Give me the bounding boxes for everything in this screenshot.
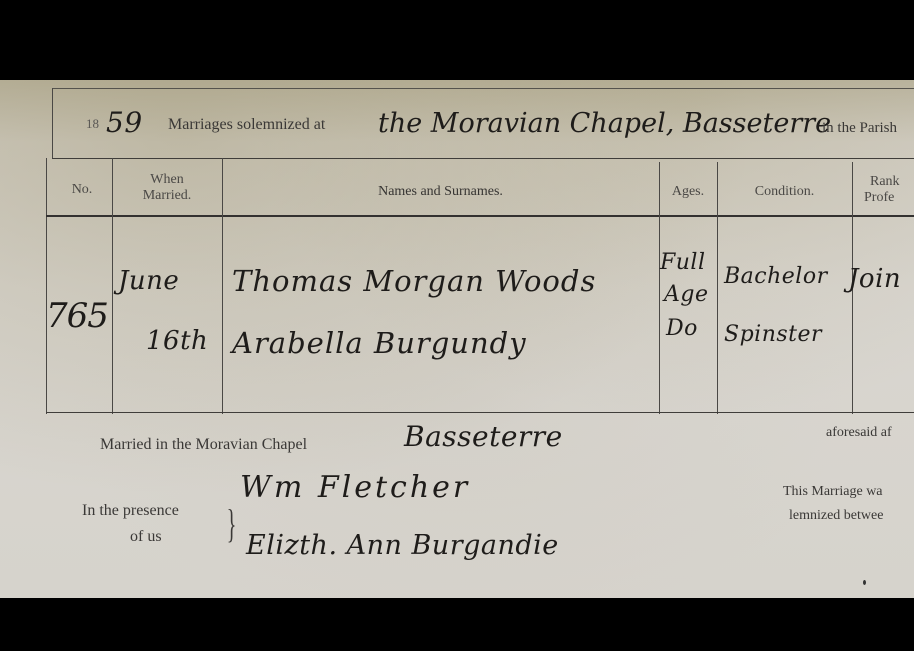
groom-age-1: Full	[660, 250, 706, 275]
col-header-condition: Condition.	[717, 184, 852, 200]
groom-condition: Bachelor	[724, 264, 828, 289]
heading-text: Marriages solemnized at	[168, 116, 325, 134]
groom-rank: Join	[848, 264, 901, 294]
solemnized-text-2: lemnized betwee	[789, 508, 883, 524]
entry-number: 765	[46, 296, 108, 336]
groom-name: Thomas Morgan Woods	[232, 264, 596, 298]
presence-label-1: In the presence	[82, 502, 179, 520]
entry-month: June	[118, 266, 179, 296]
col-header-rank-2: Profe	[864, 190, 894, 206]
col-header-rank-1: Rank	[870, 174, 900, 190]
top-frame-line	[52, 88, 914, 89]
register-page: 18 59 Marriages solemnized at the Moravi…	[0, 80, 914, 598]
groom-age-2: Age	[664, 282, 709, 307]
col-header-ages: Ages.	[659, 184, 717, 200]
presence-brace: }	[227, 500, 237, 547]
witness-2-signature: Elizth. Ann Burgandie	[246, 530, 559, 561]
married-in-label: Married in the Moravian Chapel	[100, 436, 307, 454]
year-prefix: 18	[86, 116, 99, 132]
col-header-no: No.	[52, 182, 112, 198]
header-bottom-line	[46, 215, 914, 217]
col-header-when-1: When	[112, 172, 222, 188]
heading-tail: in the Parish	[822, 120, 897, 137]
bride-name: Arabella Burgundy	[232, 326, 527, 360]
aforesaid-text: aforesaid af	[826, 425, 892, 441]
presence-label-2: of us	[130, 528, 162, 546]
col-header-when-2: Married.	[112, 188, 222, 204]
year-handwritten: 59	[106, 106, 143, 139]
bride-age-ditto: Do	[666, 316, 698, 341]
table-left-border	[46, 158, 47, 414]
place-handwritten: the Moravian Chapel, Basseterre	[378, 108, 831, 139]
married-in-place: Basseterre	[404, 420, 563, 453]
witness-1-signature: Wm Fletcher	[240, 470, 470, 505]
ink-spot	[863, 580, 866, 585]
left-frame-line	[52, 88, 53, 158]
bride-condition: Spinster	[724, 322, 822, 347]
header-top-line	[52, 158, 914, 159]
entry-day: 16th	[146, 326, 208, 356]
col-header-names: Names and Surnames.	[222, 184, 659, 200]
solemnized-text-1: This Marriage wa	[783, 484, 883, 500]
table-bottom-line	[46, 412, 914, 413]
